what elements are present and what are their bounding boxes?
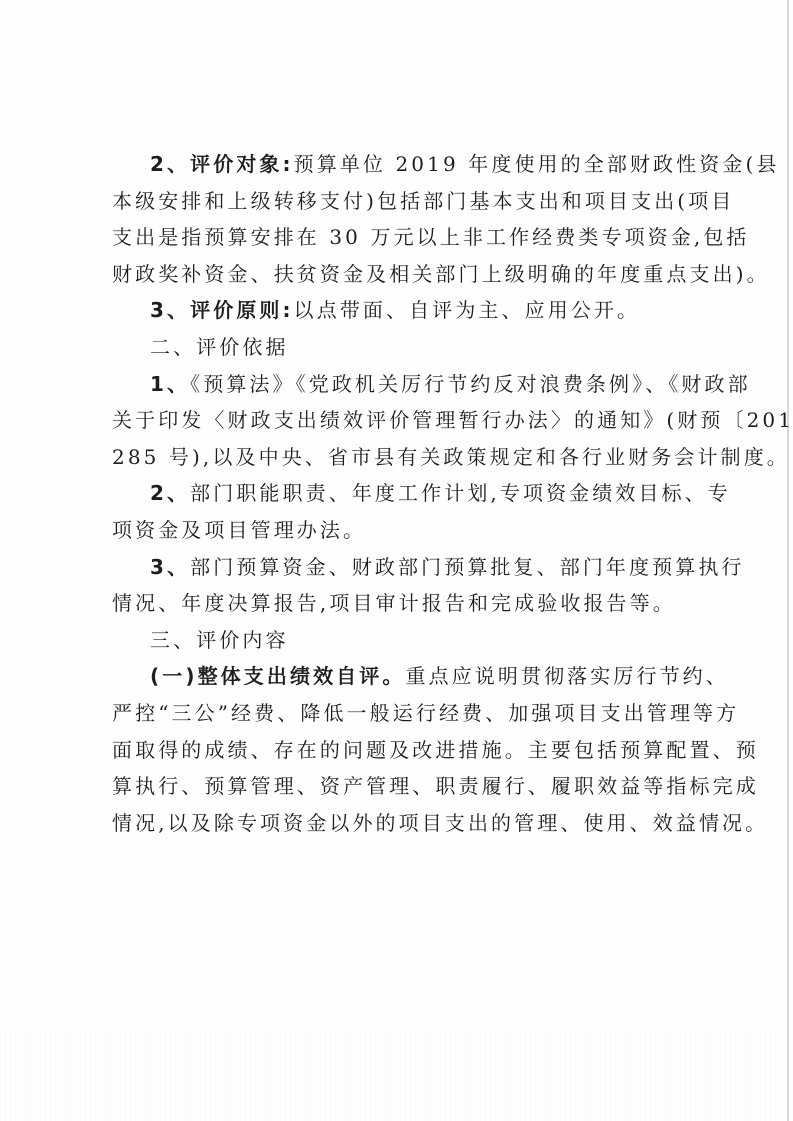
line-text: 本级安排和上级转移支付)包括部门基本支出和项目支出(项目 [112, 189, 734, 213]
line-text: 部门职能职责、年度工作计划,专项资金绩效目标、专 [190, 481, 731, 505]
paragraph-line: 严控“三公”经费、降低一般运行经费、加强项目支出管理等方 [112, 695, 694, 732]
paragraph-line: 情况,以及除专项资金以外的项目支出的管理、使用、效益情况。 [112, 805, 694, 842]
line-text: 情况、年度决算报告,项目审计报告和完成验收报告等。 [112, 591, 676, 615]
line-text: 面取得的成绩、存在的问题及改进措施。主要包括预算配置、预 [112, 738, 759, 762]
paragraph-basis-2: 2、部门职能职责、年度工作计划,专项资金绩效目标、专 [112, 475, 694, 512]
paragraph-line: 285 号),以及中央、省市县有关政策规定和各行业财务会计制度。 [112, 439, 694, 476]
paragraph-line: 关于印发〈财政支出绩效评价管理暂行办法〉的通知》(财预〔2011〕 [112, 402, 694, 439]
item-lead: 2、 [150, 481, 190, 505]
section-title: 二、评价依据 [150, 335, 289, 359]
paragraph-line: 支出是指预算安排在 30 万元以上非工作经费类专项资金,包括 [112, 219, 694, 256]
item-lead: 1、 [150, 372, 190, 396]
item-lead: (一)整体支出绩效自评。 [150, 664, 405, 688]
item-lead: 3、评价原则: [150, 298, 294, 322]
scanned-page: 2、评价对象:预算单位 2019 年度使用的全部财政性资金(县 本级安排和上级转… [0, 0, 793, 1121]
paragraph-line: 情况、年度决算报告,项目审计报告和完成验收报告等。 [112, 585, 694, 622]
line-text: 财政奖补资金、扶贫资金及相关部门上级明确的年度重点支出)。 [112, 262, 770, 286]
item-lead: 2、评价对象: [150, 152, 294, 176]
section-heading-content: 三、评价内容 [112, 622, 694, 659]
paragraph-line: 项资金及项目管理办法。 [112, 512, 694, 549]
page-edge-line [787, 0, 789, 1121]
paragraph-line: 面取得的成绩、存在的问题及改进措施。主要包括预算配置、预 [112, 732, 694, 769]
line-text: 情况,以及除专项资金以外的项目支出的管理、使用、效益情况。 [112, 811, 768, 835]
line-text: 项资金及项目管理办法。 [112, 518, 366, 542]
scan-artifact-bottom [0, 1030, 785, 1121]
line-text: 预算单位 2019 年度使用的全部财政性资金(县 [294, 152, 780, 176]
line-text: 部门预算资金、财政部门预算批复、部门年度预算执行 [190, 555, 744, 579]
line-text: 严控“三公”经费、降低一般运行经费、加强项目支出管理等方 [112, 701, 739, 725]
line-text: 285 号),以及中央、省市县有关政策规定和各行业财务会计制度。 [112, 445, 790, 469]
paragraph-overall-self-evaluation: (一)整体支出绩效自评。重点应说明贯彻落实厉行节约、 [112, 658, 694, 695]
item-lead: 3、 [150, 555, 190, 579]
document-body: 2、评价对象:预算单位 2019 年度使用的全部财政性资金(县 本级安排和上级转… [112, 146, 694, 841]
section-heading-basis: 二、评价依据 [112, 329, 694, 366]
paragraph-evaluation-object: 2、评价对象:预算单位 2019 年度使用的全部财政性资金(县 [112, 146, 694, 183]
scan-artifact-top [0, 0, 785, 110]
paragraph-evaluation-principle: 3、评价原则:以点带面、自评为主、应用公开。 [112, 292, 694, 329]
line-text: 重点应说明贯彻落实厉行节约、 [405, 664, 728, 688]
paragraph-line: 本级安排和上级转移支付)包括部门基本支出和项目支出(项目 [112, 183, 694, 220]
line-text: 以点带面、自评为主、应用公开。 [294, 298, 641, 322]
line-text: 算执行、预算管理、资产管理、职责履行、履职效益等指标完成 [112, 774, 759, 798]
paragraph-line: 财政奖补资金、扶贫资金及相关部门上级明确的年度重点支出)。 [112, 256, 694, 293]
line-text: 支出是指预算安排在 30 万元以上非工作经费类专项资金,包括 [112, 225, 750, 249]
paragraph-basis-1: 1、《预算法》《党政机关厉行节约反对浪费条例》、《财政部 [112, 366, 694, 403]
line-text: 关于印发〈财政支出绩效评价管理暂行办法〉的通知》(财预〔2011〕 [112, 408, 793, 432]
section-title: 三、评价内容 [150, 628, 289, 652]
line-text: 《预算法》《党政机关厉行节约反对浪费条例》、《财政部 [190, 372, 751, 396]
paragraph-line: 算执行、预算管理、资产管理、职责履行、履职效益等指标完成 [112, 768, 694, 805]
paragraph-basis-3: 3、部门预算资金、财政部门预算批复、部门年度预算执行 [112, 549, 694, 586]
